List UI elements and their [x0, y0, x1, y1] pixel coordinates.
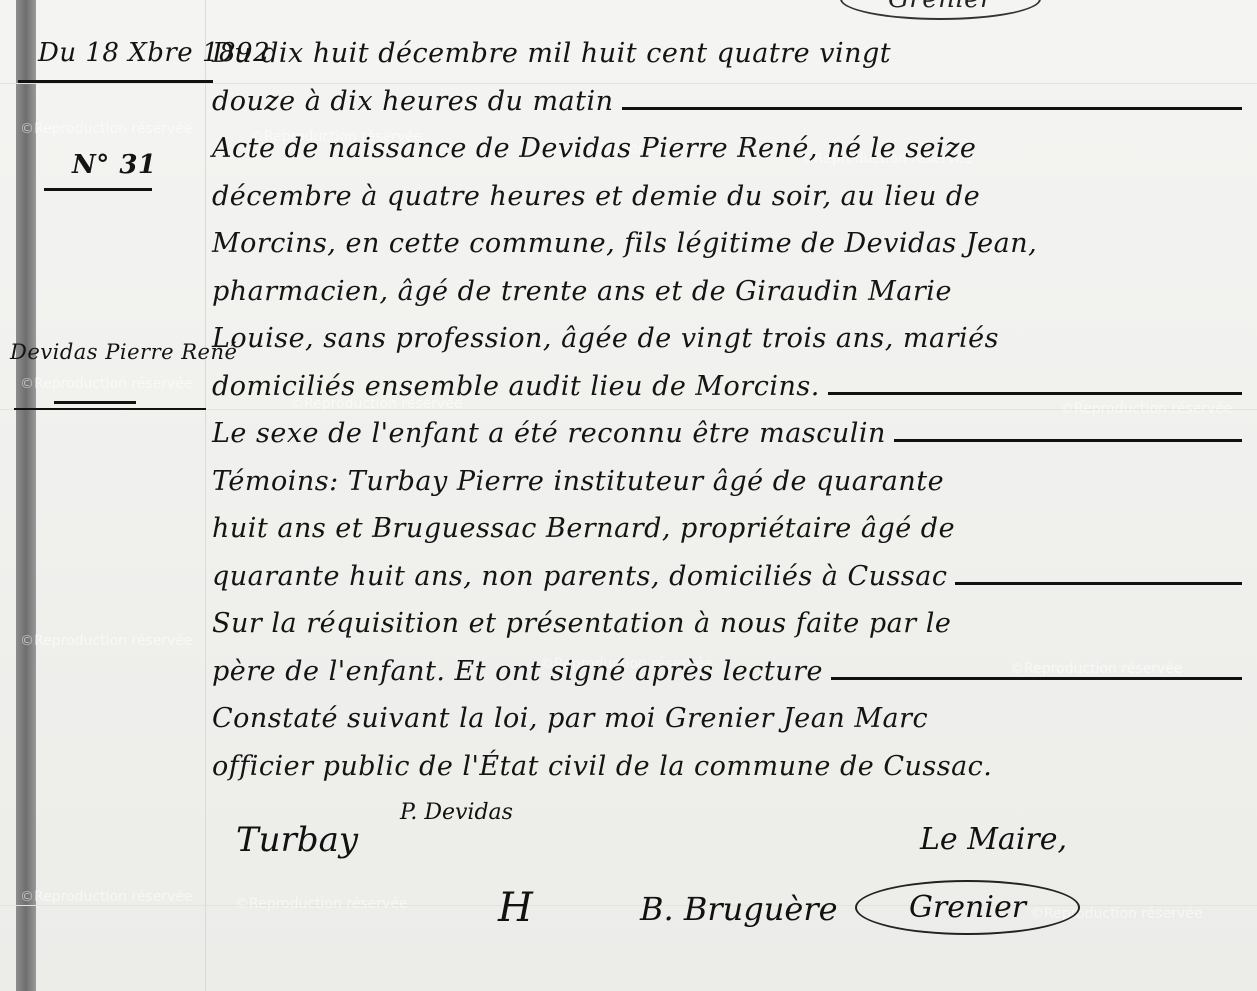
line-filler-rule: [828, 392, 1242, 395]
signature-witness-2: B. Bruguère: [640, 890, 838, 928]
line-filler-rule: [831, 677, 1242, 680]
record-line-text: pharmacien, âgé de trente ans et de Gira…: [212, 268, 952, 316]
record-line-text: Témoins: Turbay Pierre instituteur âgé d…: [212, 458, 944, 506]
mayor-title: Le Maire,: [920, 822, 1067, 857]
record-line-text: Louise, sans profession, âgée de vingt t…: [212, 315, 999, 363]
record-line-text: quarante huit ans, non parents, domicili…: [212, 553, 947, 601]
line-filler-rule: [955, 582, 1242, 585]
watermark: ©Reproduction réservée: [20, 375, 193, 393]
margin-subject-name: Devidas Pierre René: [10, 340, 237, 364]
line-filler-rule: [894, 439, 1242, 442]
record-line-text: officier public de l'État civil de la co…: [212, 743, 992, 791]
record-line: officier public de l'État civil de la co…: [212, 743, 1242, 791]
record-line-text: domiciliés ensemble audit lieu de Morcin…: [212, 363, 820, 411]
record-line-text: Le sexe de l'enfant a été reconnu être m…: [212, 410, 886, 458]
margin-rule: [205, 0, 206, 991]
record-line-text: Du dix huit décembre mil huit cent quatr…: [212, 30, 891, 78]
record-line: décembre à quatre heures et demie du soi…: [212, 173, 1242, 221]
record-line: père de l'enfant. Et ont signé après lec…: [212, 648, 1242, 696]
entry-number: N° 31: [72, 150, 157, 180]
margin-name-underline: [54, 401, 136, 404]
margin-name-underline: [14, 408, 206, 410]
record-line-text: douze à dix heures du matin: [212, 78, 614, 126]
record-line: Louise, sans profession, âgée de vingt t…: [212, 315, 1242, 363]
record-line-text: décembre à quatre heures et demie du soi…: [212, 173, 980, 221]
signature-witness-1: Turbay: [236, 820, 358, 860]
record-line: Morcins, en cette commune, fils légitime…: [212, 220, 1242, 268]
record-line-text: Morcins, en cette commune, fils légitime…: [212, 220, 1037, 268]
record-line: huit ans et Bruguessac Bernard, propriét…: [212, 505, 1242, 553]
record-line: Témoins: Turbay Pierre instituteur âgé d…: [212, 458, 1242, 506]
previous-entry-signature: Grenier: [840, 0, 1041, 20]
record-line: Du dix huit décembre mil huit cent quatr…: [212, 30, 1242, 78]
signature-mayor: Grenier: [855, 880, 1080, 935]
record-line-text: père de l'enfant. Et ont signé après lec…: [212, 648, 823, 696]
record-line: quarante huit ans, non parents, domicili…: [212, 553, 1242, 601]
record-line: Constaté suivant la loi, par moi Grenier…: [212, 695, 1242, 743]
record-line: Sur la réquisition et présentation à nou…: [212, 600, 1242, 648]
record-line-text: huit ans et Bruguessac Bernard, propriét…: [212, 505, 955, 553]
watermark: ©Reproduction réservée: [20, 632, 193, 650]
record-line-text: Constaté suivant la loi, par moi Grenier…: [212, 695, 928, 743]
watermark: ©Reproduction réservée: [20, 120, 193, 138]
record-line: pharmacien, âgé de trente ans et de Gira…: [212, 268, 1242, 316]
record-line: Acte de naissance de Devidas Pierre René…: [212, 125, 1242, 173]
record-line-text: Acte de naissance de Devidas Pierre René…: [212, 125, 976, 173]
margin-date-underline: [18, 80, 213, 83]
register-page: Grenier ©Reproduction réservée ©Reproduc…: [0, 0, 1257, 991]
page-binding-gutter: [16, 0, 36, 991]
signature-mark: H: [498, 885, 533, 931]
record-line: douze à dix heures du matin: [212, 78, 1242, 126]
signature-block: Turbay P. Devidas H B. Bruguère Le Maire…: [230, 800, 1230, 990]
signature-father: P. Devidas: [400, 800, 513, 825]
entry-number-underline: [44, 188, 152, 191]
record-line: Le sexe de l'enfant a été reconnu être m…: [212, 410, 1242, 458]
line-filler-rule: [622, 107, 1242, 110]
watermark: ©Reproduction réservée: [20, 888, 193, 906]
record-body: Du dix huit décembre mil huit cent quatr…: [212, 30, 1242, 790]
record-line-text: Sur la réquisition et présentation à nou…: [212, 600, 951, 648]
record-line: domiciliés ensemble audit lieu de Morcin…: [212, 363, 1242, 411]
